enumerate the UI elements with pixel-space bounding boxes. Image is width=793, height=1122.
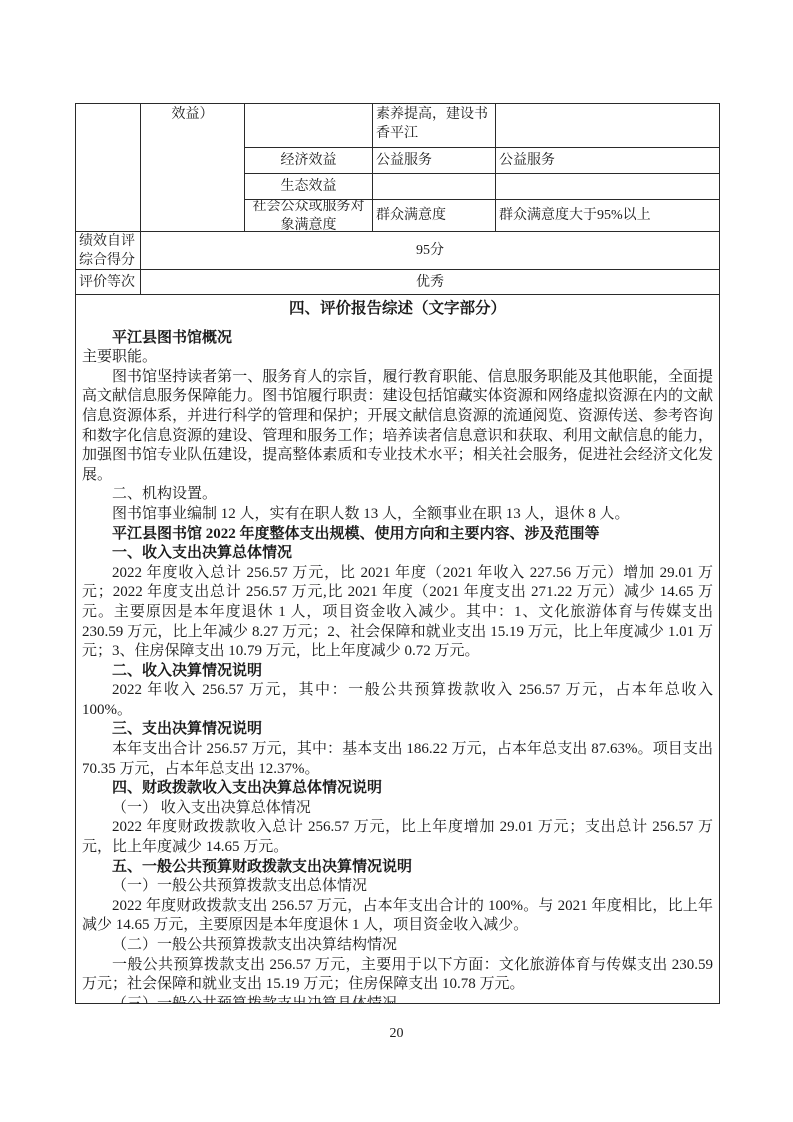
report-heading: 五、一般公共预算财政拨款支出决算情况说明: [82, 858, 713, 878]
table-cell-indicator-standard: [495, 173, 719, 199]
report-paragraph: 2022 年收入 256.57 万元，其中：一般公共预算拨款收入 256.57 …: [82, 681, 713, 720]
table-cell-benefit-label: 效益）: [140, 104, 244, 231]
report-heading: 平江县图书馆概况: [82, 329, 713, 349]
report-heading: 一、收入支出决算总体情况: [82, 544, 713, 564]
table-cell-grade-value: 优秀: [140, 269, 719, 294]
table-cell-indicator-standard: 公益服务: [495, 147, 719, 173]
report-paragraph: 主要职能。: [82, 348, 713, 368]
table-cell-indicator-standard: [495, 104, 719, 147]
table-cell-indicator-value: 素养提高，建设书香平江: [372, 104, 495, 147]
report-paragraph: 一般公共预算拨款支出 256.57 万元，主要用于以下方面：文化旅游体育与传媒支…: [82, 956, 713, 995]
report-paragraph: 图书馆事业编制 12 人，实有在职人数 13 人，全额事业在职 13 人，退休 …: [82, 505, 713, 525]
report-heading: 四、财政拨款收入支出决算总体情况说明: [82, 779, 713, 799]
report-paragraph: 2022 年度财政拨款收入总计 256.57 万元，比上年度增加 29.01 万…: [82, 818, 713, 857]
table-cell-score-value: 95分: [140, 231, 719, 269]
table-cell-indicator-value: [372, 173, 495, 199]
report-paragraph: （一）一般公共预算拨款支出总体情况: [82, 877, 713, 897]
performance-evaluation-table: 效益） 素养提高，建设书香平江 经济效益 公益服务 公益服务 生态效益 社会公众…: [76, 104, 719, 294]
document-frame: 效益） 素养提高，建设书香平江 经济效益 公益服务 公益服务 生态效益 社会公众…: [75, 103, 720, 1004]
report-heading: 三、支出决算情况说明: [82, 720, 713, 740]
table-cell-score-label: 绩效自评综合得分: [76, 231, 140, 269]
table-cell-indicator-value: 公益服务: [372, 147, 495, 173]
table-cell-empty-left: [76, 104, 140, 231]
table-cell-indicator-name: [244, 104, 372, 147]
report-paragraph: （三）一般公共预算拨款支出决算具体情况: [82, 995, 713, 1003]
report-paragraph: 本年支出合计 256.57 万元，其中：基本支出 186.22 万元，占本年总支…: [82, 740, 713, 779]
table-cell-grade-label: 评价等次: [76, 269, 140, 294]
report-paragraph: 2022 年度收入总计 256.57 万元，比 2021 年度（2021 年收入…: [82, 564, 713, 662]
report-section-title: 四、评价报告综述（文字部分）: [82, 299, 713, 319]
report-paragraphs: 平江县图书馆概况主要职能。图书馆坚持读者第一、服务育人的宗旨，履行教育职能、信息…: [82, 329, 713, 1003]
report-paragraph: （一） 收入支出决算总体情况: [82, 799, 713, 819]
table-cell-indicator-name: 社会公众或服务对象满意度: [244, 199, 372, 231]
report-paragraph: （二）一般公共预算拨款支出决算结构情况: [82, 936, 713, 956]
report-heading: 平江县图书馆 2022 年度整体支出规模、使用方向和主要内容、涉及范围等: [82, 525, 713, 545]
table-cell-indicator-name: 经济效益: [244, 147, 372, 173]
report-heading: 二、收入决算情况说明: [82, 662, 713, 682]
report-paragraph: 2022 年度财政拨款支出 256.57 万元，占本年支出合计的 100%。与 …: [82, 897, 713, 936]
page-number: 20: [0, 1026, 793, 1042]
report-paragraph: 图书馆坚持读者第一、服务育人的宗旨，履行教育职能、信息服务职能及其他职能，全面提…: [82, 368, 713, 486]
report-text-section: 四、评价报告综述（文字部分） 平江县图书馆概况主要职能。图书馆坚持读者第一、服务…: [76, 294, 719, 1003]
table-cell-indicator-name: 生态效益: [244, 173, 372, 199]
report-paragraph: 二、机构设置。: [82, 485, 713, 505]
table-cell-indicator-value: 群众满意度: [372, 199, 495, 231]
table-cell-indicator-standard: 群众满意度大于95%以上: [495, 199, 719, 231]
